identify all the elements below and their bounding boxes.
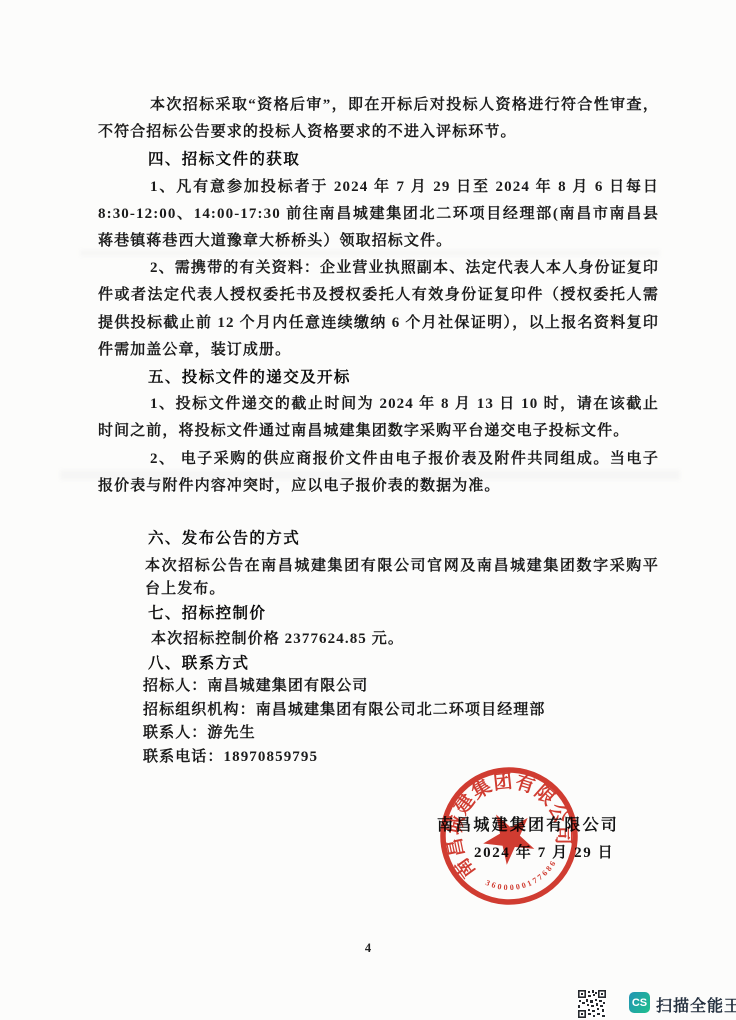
contact-tenderer: 招标人：南昌城建集团有限公司: [98, 675, 659, 699]
section-heading-7: 七、招标控制价: [98, 602, 659, 626]
section7-paragraph-1: 本次招标控制价格 2377624.85 元。: [98, 628, 659, 652]
contact-phone: 联系电话：18970859795: [98, 746, 659, 770]
camscanner-app-name: 扫描全能王: [656, 993, 736, 1016]
sections-upper: 本次招标采取“资格后审”，即在开标后对投标人资格进行符合性审查，不符合招标公告要…: [98, 92, 659, 500]
scan-smudge: [80, 250, 660, 256]
intro-paragraph: 本次招标采取“资格后审”，即在开标后对投标人资格进行符合性审查，不符合招标公告要…: [98, 92, 659, 146]
scan-smudge: [60, 470, 680, 480]
section-heading-5: 五、投标文件的递交及开标: [98, 364, 659, 391]
section4-paragraph-2: 2、需携带的有关资料：企业营业执照副本、法定代表人本人身份证复印件或者法定代表人…: [98, 255, 659, 364]
document-body: 本次招标采取“资格后审”，即在开标后对投标人资格进行符合性审查，不符合招标公告要…: [98, 92, 659, 769]
page-number: 4: [0, 941, 736, 956]
seal-star-icon: [474, 802, 543, 870]
contact-person: 联系人：游先生: [98, 722, 659, 746]
sections-lower: 六、发布公告的方式 本次招标公告在南昌城建集团有限公司官网及南昌城建集团数字采购…: [98, 527, 659, 769]
section-heading-8: 八、联系方式: [98, 652, 659, 676]
section6-paragraph-1: 本次招标公告在南昌城建集团有限公司官网及南昌城建集团数字采购平台上发布。: [98, 555, 659, 602]
section-heading-4: 四、招标文件的获取: [98, 146, 659, 173]
qr-code-icon: [578, 990, 606, 1018]
camscanner-logo-icon: CS: [629, 992, 650, 1013]
section5-paragraph-1: 1、投标文件递交的截止时间为 2024 年 8 月 13 日 10 时，请在该截…: [98, 391, 659, 445]
contact-organizer: 招标组织机构：南昌城建集团有限公司北二环项目经理部: [98, 699, 659, 723]
section4-paragraph-1: 1、凡有意参加投标者于 2024 年 7 月 29 日至 2024 年 8 月 …: [98, 174, 659, 256]
section-heading-6: 六、发布公告的方式: [98, 527, 659, 551]
seal-number-text: 3600000177686: [482, 856, 563, 902]
